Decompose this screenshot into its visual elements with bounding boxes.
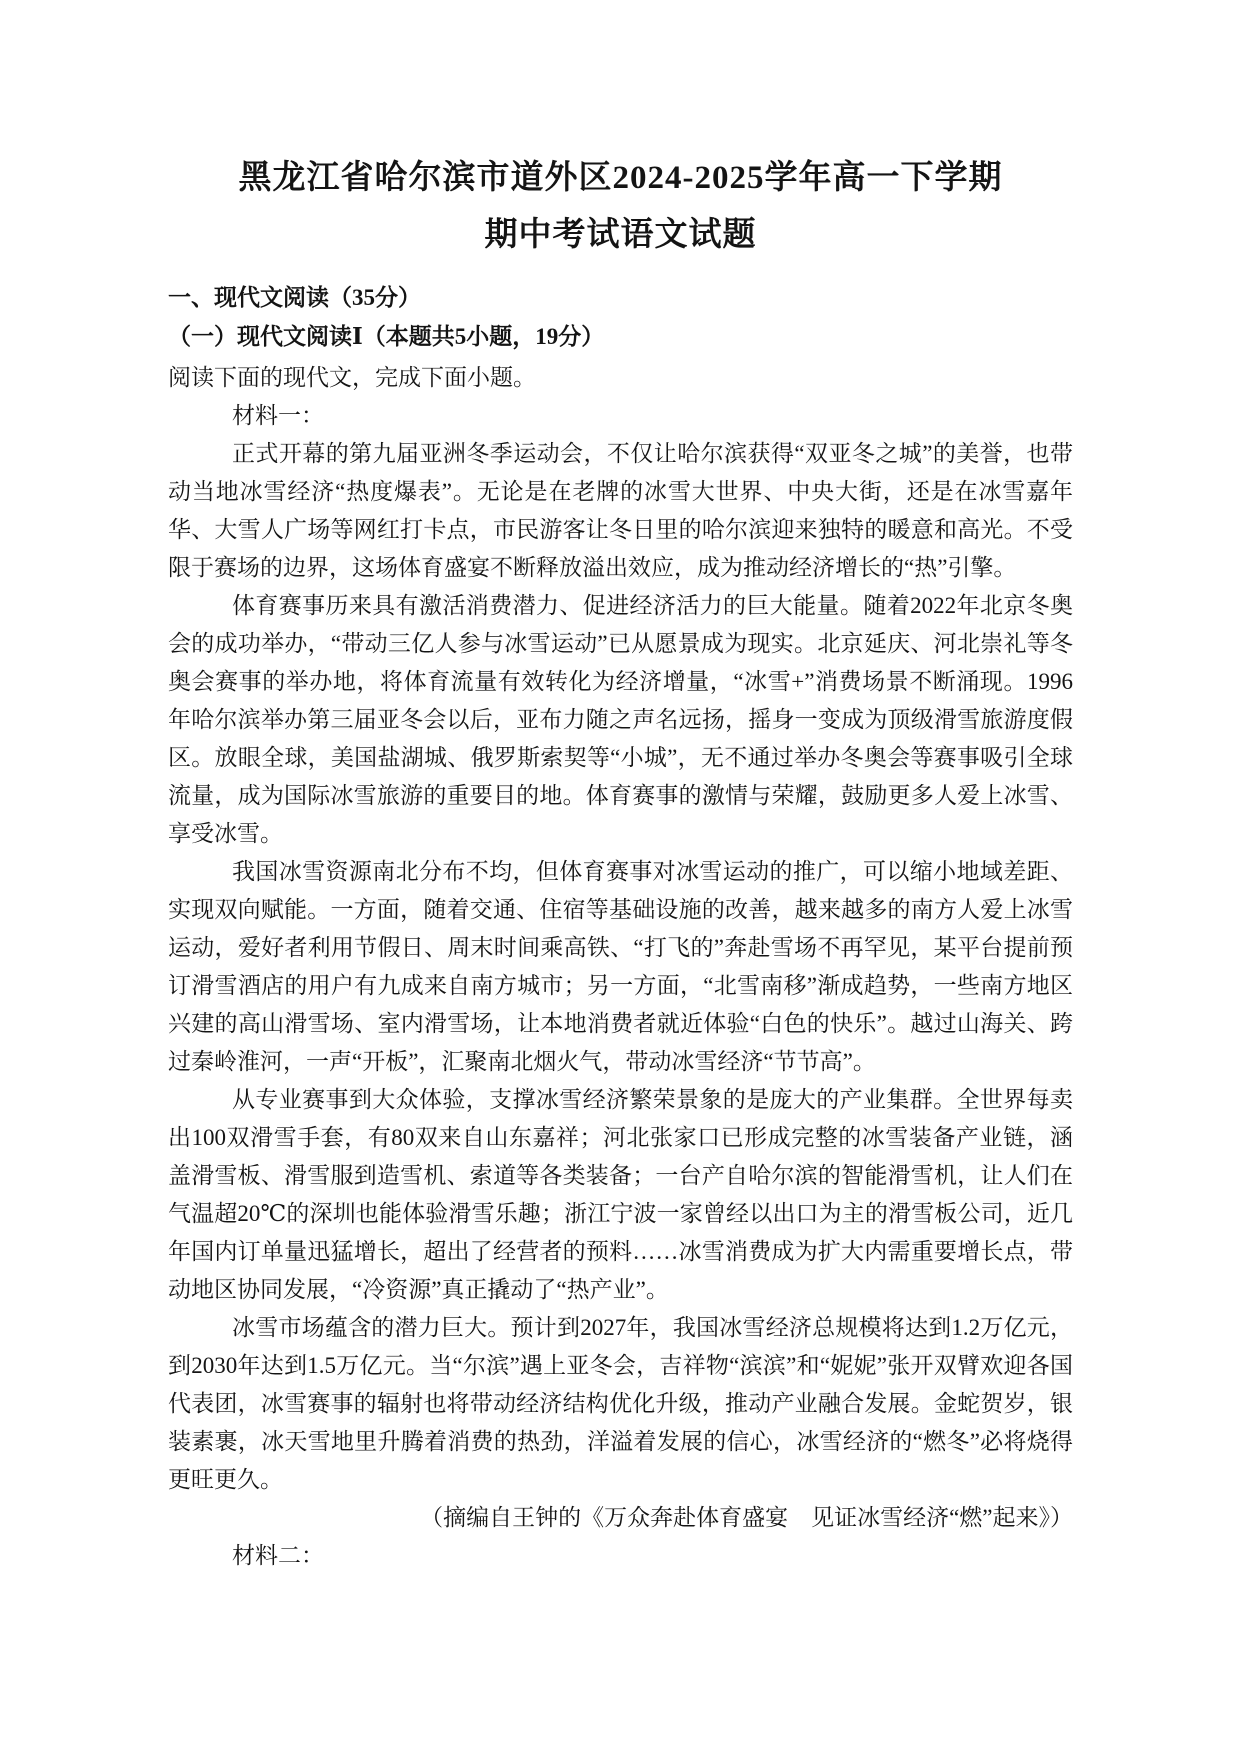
source-attribution: （摘编自王钟的《万众奔赴体育盛宴 见证冰雪经济“燃”起来》） bbox=[168, 1499, 1073, 1537]
section-heading-modern-reading: 一、现代文阅读（35分） bbox=[168, 279, 1073, 317]
exam-page: 黑龙江省哈尔滨市道外区2024-2025学年高一下学期 期中考试语文试题 一、现… bbox=[0, 0, 1240, 1754]
material-one-label: 材料一： bbox=[168, 397, 1073, 435]
material-one-paragraph-4: 从专业赛事到大众体验，支撑冰雪经济繁荣景象的是庞大的产业集群。全世界每卖出100… bbox=[168, 1081, 1073, 1309]
subsection-heading-reading-one: （一）现代文阅读Ⅰ（本题共5小题，19分） bbox=[168, 318, 1073, 356]
material-one-paragraph-5: 冰雪市场蕴含的潜力巨大。预计到2027年，我国冰雪经济总规模将达到1.2万亿元，… bbox=[168, 1309, 1073, 1499]
document-title-line1: 黑龙江省哈尔滨市道外区2024-2025学年高一下学期 bbox=[168, 158, 1073, 198]
document-title-line2: 期中考试语文试题 bbox=[168, 215, 1073, 255]
material-one-paragraph-3: 我国冰雪资源南北分布不均，但体育赛事对冰雪运动的推广，可以缩小地域差距、实现双向… bbox=[168, 853, 1073, 1081]
material-one-paragraph-1: 正式开幕的第九届亚洲冬季运动会，不仅让哈尔滨获得“双亚冬之城”的美誉，也带动当地… bbox=[168, 435, 1073, 587]
reading-instruction: 阅读下面的现代文，完成下面小题。 bbox=[168, 359, 1073, 397]
material-one-paragraph-2: 体育赛事历来具有激活消费潜力、促进经济活力的巨大能量。随着2022年北京冬奥会的… bbox=[168, 587, 1073, 853]
material-two-label: 材料二： bbox=[168, 1537, 1073, 1575]
